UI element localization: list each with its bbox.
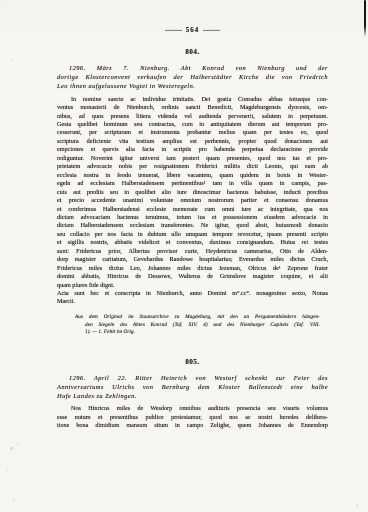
text-line: empciones et quevis alia facta in script… xyxy=(57,146,328,154)
text-line: dorp magister caritatum, Gevehardus Rand… xyxy=(57,256,328,264)
text-line: den Siegeln des Abtes Konrad (Taf. XIV. … xyxy=(85,322,320,330)
text-line: dictam Halberstadensem ecclesiam transfe… xyxy=(57,222,328,230)
text-line: nibus, ad quos presens littera videnda v… xyxy=(57,113,328,121)
entry-heading-804: 1296. März 7. Nienburg. Abt Konrad von N… xyxy=(57,64,328,92)
text-line: esse notum et presentibus publice protes… xyxy=(57,414,328,422)
text-line: Anniversariums Ulrichs von Bernburg dem … xyxy=(57,383,328,392)
text-line: cuis aut prediis seu in quolibet alio iu… xyxy=(57,189,328,197)
entry-footnote-804: Aus dem Original im Staatsarchive zu Mag… xyxy=(85,314,320,337)
text-line: dortige Klosterconvent verkaufen der Hal… xyxy=(57,73,328,82)
text-line: cesserunt, per scripturam et instrumenta… xyxy=(57,129,328,137)
scan-artifact-line xyxy=(364,0,366,37)
page-header: — 564 — xyxy=(57,26,328,34)
text-line: ventus monasterii de Nienburch, ordinis … xyxy=(57,104,328,112)
text-line: rediguntur. Noverint igitur universi tam… xyxy=(57,155,328,163)
scan-speckles xyxy=(0,0,1,1)
text-line: et sigillis nostris, abbatis videlicet e… xyxy=(57,239,328,247)
text-line: prietatem advocacie nobis per resignatio… xyxy=(57,163,328,171)
entry-body-804: In nomine sancte ac individue trinitatis… xyxy=(57,96,328,307)
page-number: 564 xyxy=(186,26,200,34)
entry-number-805: 805. xyxy=(57,358,328,366)
text-line: Nos Hinricus miles de Wesdorp omnibus au… xyxy=(57,405,328,413)
text-line: Fridericus miles dictus Leo, Johannes mi… xyxy=(57,265,328,273)
text-line: et precio accedente unanimi voluntate om… xyxy=(57,197,328,205)
text-line: Gesta quelibet hominum seu contractus, c… xyxy=(57,121,328,129)
text-block: — 564 — 804. 1296. März 7. Nienburg. Abt… xyxy=(57,0,328,431)
text-line: ecclesia nostra in feodo tenuerat, liber… xyxy=(57,172,328,180)
entry-body-805: Nos Hinricus miles de Wesdorp omnibus au… xyxy=(57,405,328,430)
text-line: et conferimus Halberstadensi ecclesie me… xyxy=(57,206,328,214)
text-line: Aus dem Original im Staatsarchive zu Mag… xyxy=(85,314,320,322)
entry-number-804: 804. xyxy=(57,48,328,56)
text-line: In nomine sancte ac individue trinitatis… xyxy=(57,96,328,104)
text-line: Marcii. xyxy=(57,298,328,306)
entry-heading-805: 1296. April 22. Ritter Heinrich von West… xyxy=(57,374,328,402)
charter-entry-805: 805. 1296. April 22. Ritter Heinrich von… xyxy=(57,358,328,431)
text-line: 1296. April 22. Ritter Heinrich von West… xyxy=(57,374,328,383)
text-line: Hufe Landes zu Zehlingen. xyxy=(57,392,328,401)
scanned-book-page: — 564 — 804. 1296. März 7. Nienburg. Abt… xyxy=(0,0,368,512)
text-line: 1). — 1. Fehlt im Orig. xyxy=(85,329,320,337)
text-line: domini abbatis, Hinricus de Dessowe, Wal… xyxy=(57,273,328,281)
text-line: sunt: Fridericus prior, Albertus proviso… xyxy=(57,248,328,256)
header-dash-left: — xyxy=(165,26,182,34)
text-line: quam plures fide digni. xyxy=(57,282,328,290)
text-line: Acta sunt hec et conscripta in Nienburch… xyxy=(57,290,328,298)
text-line: egeln ad ecclesiam Halberstadensem perti… xyxy=(57,180,328,188)
text-line: tione bona dimidium mansum situm in camp… xyxy=(57,422,328,430)
text-line: seu collacio per nos facta in dubium ull… xyxy=(57,231,328,239)
text-line: Leo ihnen aufgelassene Vogtei in Westere… xyxy=(57,82,328,91)
text-line: 1296. März 7. Nienburg. Abt Konrad von N… xyxy=(57,64,328,73)
header-dash-right: — xyxy=(203,26,220,34)
charter-entry-804: 804. 1296. März 7. Nienburg. Abt Konrad … xyxy=(57,48,328,337)
